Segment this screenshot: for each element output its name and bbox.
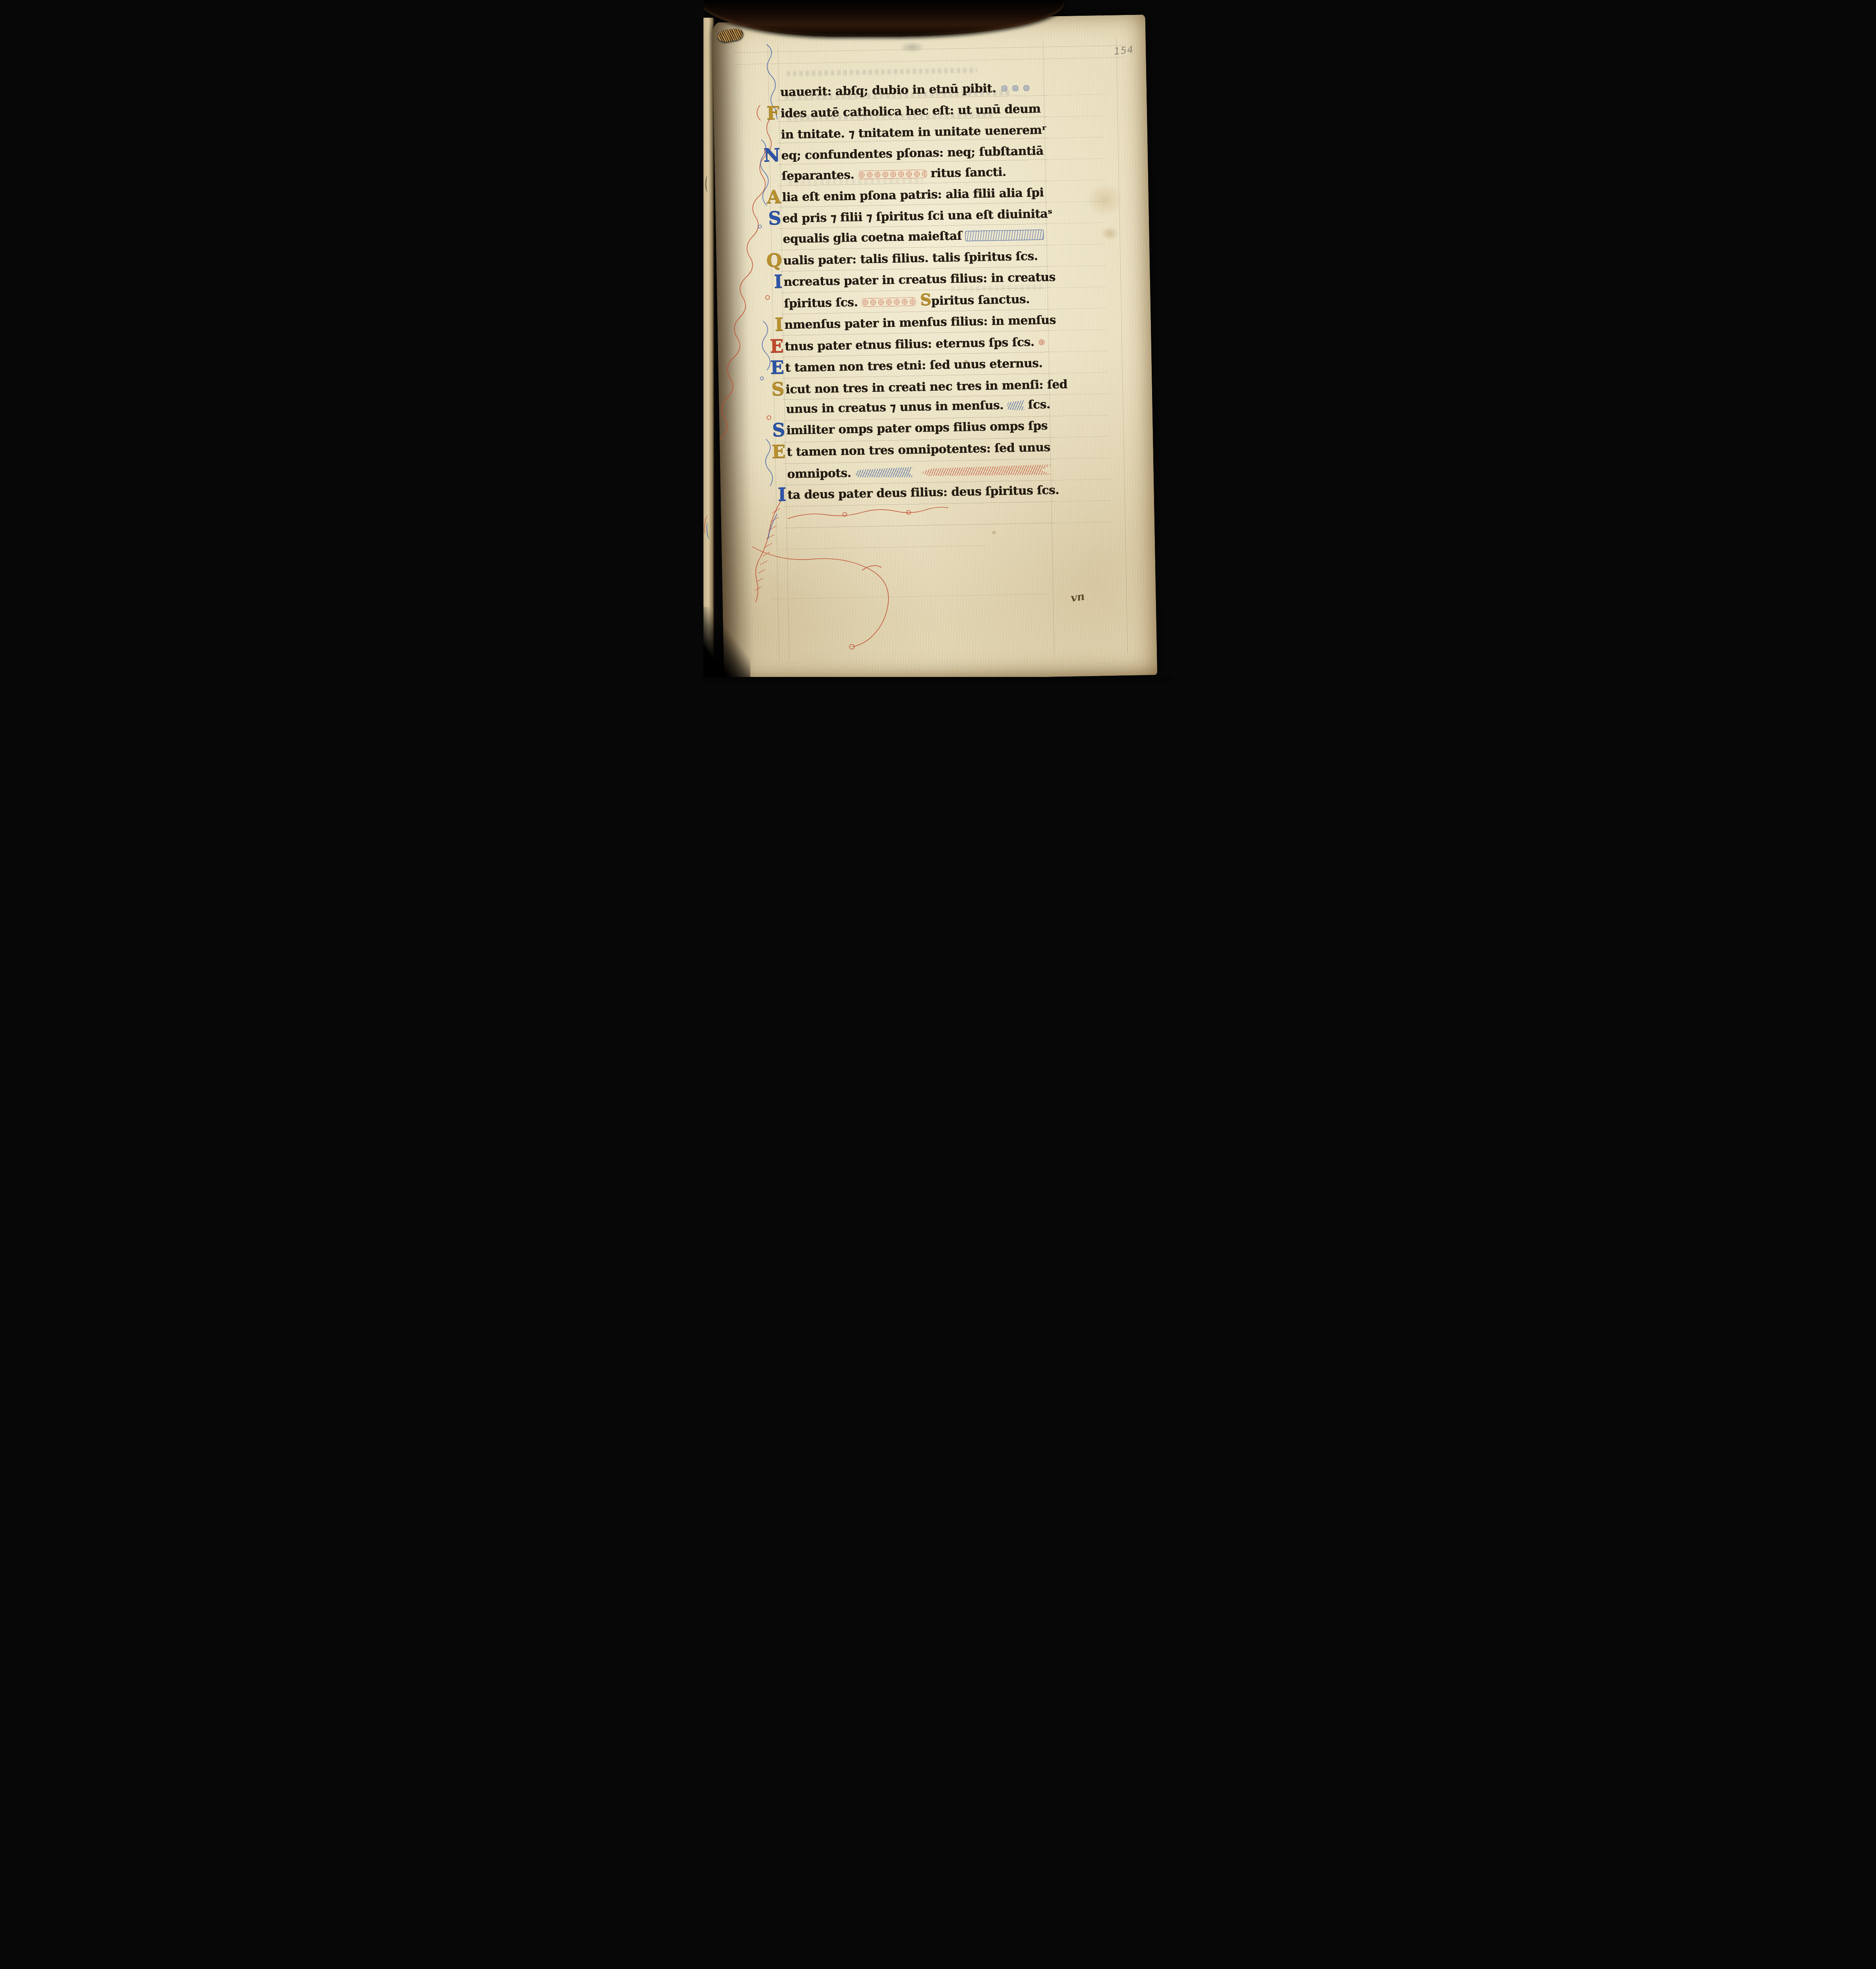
illuminated-initial: S — [772, 421, 785, 439]
overflow-text: piritus ſanctus. — [931, 289, 1030, 312]
backdrop-strip — [703, 677, 1173, 682]
overflow-text: ſcs. — [1028, 394, 1050, 416]
line-text: omnipots. — [787, 462, 852, 485]
gutter-shadow — [712, 22, 755, 682]
illuminated-initial: I — [774, 315, 783, 333]
illuminated-initial: S — [768, 209, 781, 227]
illuminated-initial: F — [766, 104, 779, 122]
blue-panel-filler — [965, 229, 1044, 241]
illuminated-initial: I — [774, 272, 782, 290]
illuminated-initial: E — [770, 358, 784, 376]
top-margin-rule — [735, 57, 1124, 65]
folio-number: 154 — [1113, 44, 1134, 57]
manuscript-photo: uauerit: abſq; dubio in etnū pibit. F id… — [703, 0, 1173, 682]
line-text: equalis glia coetna maieſtaſ — [783, 225, 962, 250]
overflow-text: ritus ſancti. — [930, 162, 1006, 185]
stain — [1097, 223, 1123, 244]
right-bounding-rule — [1116, 39, 1128, 653]
bottom-margin-rule — [778, 545, 986, 550]
illuminated-initial: Q — [766, 251, 782, 269]
facing-page-blue-flourish-fragment — [706, 522, 713, 540]
facing-page-sliver — [703, 18, 714, 676]
facing-page-ink-fragment — [705, 176, 710, 192]
illuminated-initial: N — [763, 146, 780, 164]
bleedthrough-text — [787, 68, 977, 76]
smudge — [894, 39, 930, 56]
illuminated-initial: E — [772, 442, 785, 461]
line-text: ſeparantes. — [781, 165, 854, 187]
blue-feather-filler — [855, 467, 914, 478]
illuminated-initial: E — [770, 337, 783, 355]
blue-spiral-rosettes-filler — [999, 83, 1032, 93]
red-scroll-filler — [857, 169, 927, 179]
illuminated-initial: A — [766, 187, 781, 206]
ink-speck — [990, 529, 998, 536]
illuminated-initial: I — [777, 485, 786, 503]
illuminated-initial-midline: S — [920, 292, 931, 308]
red-feather-filler — [921, 464, 1052, 477]
illuminated-initial: S — [771, 380, 785, 398]
red-scroll-filler — [861, 297, 916, 307]
parchment-page: uauerit: abſq; dubio in etnū pibit. F id… — [712, 15, 1158, 682]
line-text: ſpiritus ſcs. — [784, 292, 858, 314]
bottom-margin-rule — [770, 594, 1048, 599]
binding-shadow — [703, 607, 750, 682]
stain — [1079, 177, 1131, 223]
red-spiral-rosettes-filler — [1038, 338, 1046, 347]
ruled-baselines-margin — [1047, 94, 1111, 523]
blue-feather-filler — [1007, 400, 1024, 411]
quire-mark: vn — [1070, 590, 1085, 604]
